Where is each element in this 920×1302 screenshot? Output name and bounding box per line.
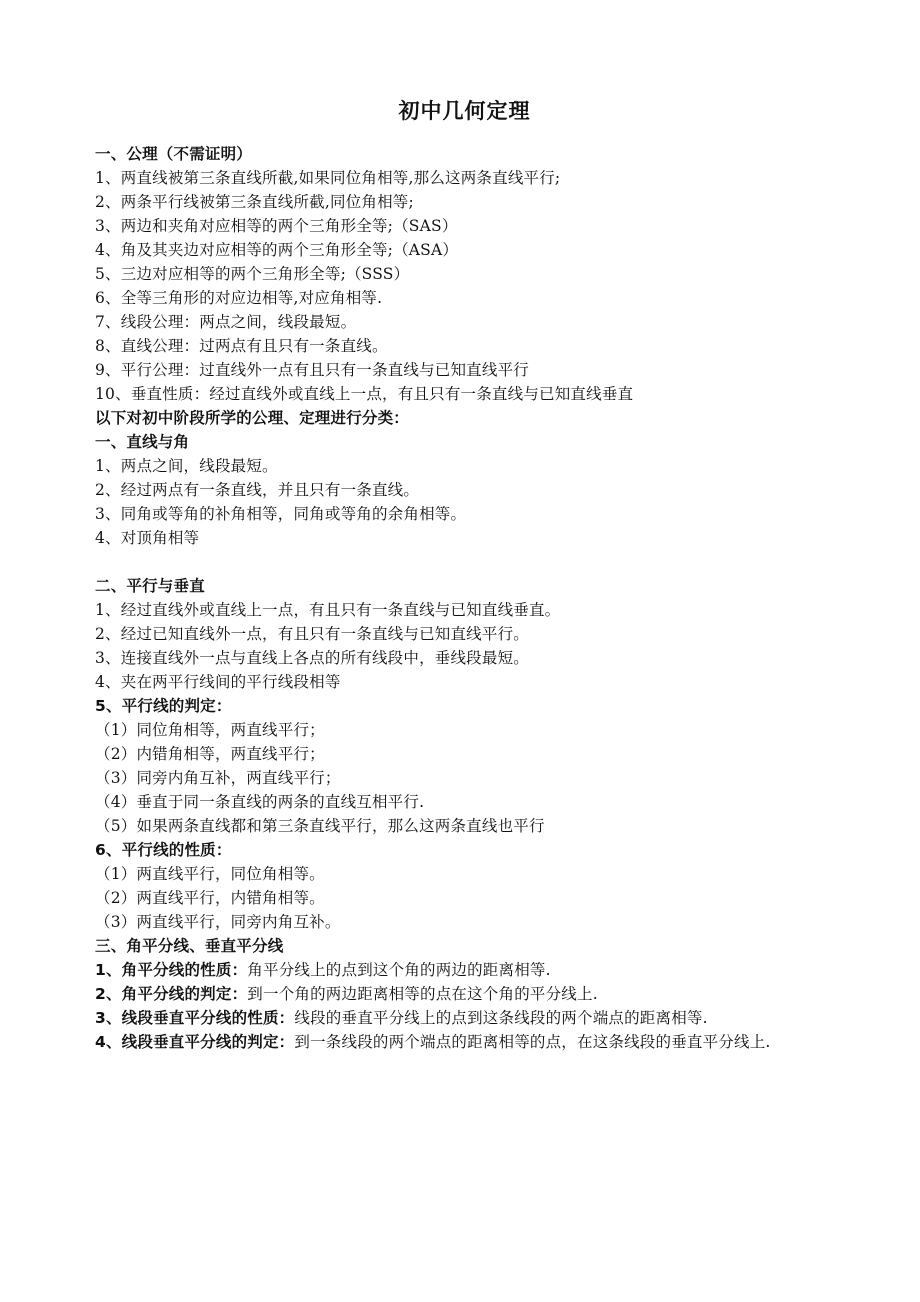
parallel-properties-item: （2）两直线平行，内错角相等。 [95,886,830,910]
axiom-item: 5、三边对应相等的两个三角形全等;（SSS） [95,262,830,286]
axiom-item: 3、两边和夹角对应相等的两个三角形全等;（SAS） [95,214,830,238]
section3-item: 4、线段垂直平分线的判定：到一条线段的两个端点的距离相等的点，在这条线段的垂直平… [95,1030,830,1054]
section3-item: 1、角平分线的性质：角平分线上的点到这个角的两边的距离相等. [95,958,830,982]
axiom-item: 8、直线公理：过两点有且只有一条直线。 [95,334,830,358]
axiom-item: 10、垂直性质：经过直线外或直线上一点，有且只有一条直线与已知直线垂直 [95,382,830,406]
item-text: 线段的垂直平分线上的点到这条线段的两个端点的距离相等. [294,1009,707,1027]
section1-heading: 一、直线与角 [95,430,830,454]
section1-item: 3、同角或等角的补角相等，同角或等角的余角相等。 [95,502,830,526]
item-lead: 2、角平分线的判定： [95,985,247,1003]
blank-line [95,550,830,574]
section3-heading: 三、角平分线、垂直平分线 [95,934,830,958]
axiom-item: 6、全等三角形的对应边相等,对应角相等. [95,286,830,310]
document-page: 初中几何定理 一、公理（不需证明） 1、两直线被第三条直线所截,如果同位角相等,… [95,96,830,1054]
axiom-item: 7、线段公理：两点之间，线段最短。 [95,310,830,334]
section3-item: 2、角平分线的判定：到一个角的两边距离相等的点在这个角的平分线上. [95,982,830,1006]
classification-intro: 以下对初中阶段所学的公理、定理进行分类： [95,406,830,430]
section-bisectors: 三、角平分线、垂直平分线 1、角平分线的性质：角平分线上的点到这个角的两边的距离… [95,934,830,1054]
section1-item: 2、经过两点有一条直线，并且只有一条直线。 [95,478,830,502]
axiom-item: 9、平行公理：过直线外一点有且只有一条直线与已知直线平行 [95,358,830,382]
item-lead: 1、角平分线的性质： [95,961,247,979]
section1-item: 4、对顶角相等 [95,526,830,550]
parallel-criteria-item: （4）垂直于同一条直线的两条的直线互相平行. [95,790,830,814]
parallel-criteria-item: （5）如果两条直线都和第三条直线平行，那么这两条直线也平行 [95,814,830,838]
item-lead: 3、线段垂直平分线的性质： [95,1009,294,1027]
parallel-criteria-heading: 5、平行线的判定： [95,694,830,718]
parallel-criteria-item: （1）同位角相等，两直线平行； [95,718,830,742]
axiom-item: 1、两直线被第三条直线所截,如果同位角相等,那么这两条直线平行; [95,166,830,190]
axioms-heading: 一、公理（不需证明） [95,142,830,166]
section1-item: 1、两点之间，线段最短。 [95,454,830,478]
parallel-criteria-item: （3）同旁内角互补，两直线平行； [95,766,830,790]
section2-item: 1、经过直线外或直线上一点，有且只有一条直线与已知直线垂直。 [95,598,830,622]
parallel-criteria-item: （2）内错角相等，两直线平行； [95,742,830,766]
document-title: 初中几何定理 [97,96,832,126]
item-lead: 4、线段垂直平分线的判定： [95,1033,294,1051]
item-text: 角平分线上的点到这个角的两边的距离相等. [247,961,550,979]
parallel-properties-item: （3）两直线平行，同旁内角互补。 [95,910,830,934]
item-text: 到一个角的两边距离相等的点在这个角的平分线上. [247,985,598,1003]
axiom-item: 4、角及其夹边对应相等的两个三角形全等;（ASA） [95,238,830,262]
section2-heading: 二、平行与垂直 [95,574,830,598]
axiom-item: 2、两条平行线被第三条直线所截,同位角相等; [95,190,830,214]
axioms-section: 一、公理（不需证明） 1、两直线被第三条直线所截,如果同位角相等,那么这两条直线… [95,142,830,406]
item-text: 到一条线段的两个端点的距离相等的点，在这条线段的垂直平分线上. [294,1033,770,1051]
section-lines-and-angles: 一、直线与角 1、两点之间，线段最短。 2、经过两点有一条直线，并且只有一条直线… [95,430,830,550]
parallel-properties-heading: 6、平行线的性质： [95,838,830,862]
section3-item: 3、线段垂直平分线的性质：线段的垂直平分线上的点到这条线段的两个端点的距离相等. [95,1006,830,1030]
parallel-properties-item: （1）两直线平行，同位角相等。 [95,862,830,886]
section2-item: 4、夹在两平行线间的平行线段相等 [95,670,830,694]
section2-item: 3、连接直线外一点与直线上各点的所有线段中，垂线段最短。 [95,646,830,670]
section2-item: 2、经过已知直线外一点，有且只有一条直线与已知直线平行。 [95,622,830,646]
section-parallel-and-perpendicular: 二、平行与垂直 1、经过直线外或直线上一点，有且只有一条直线与已知直线垂直。 2… [95,574,830,934]
